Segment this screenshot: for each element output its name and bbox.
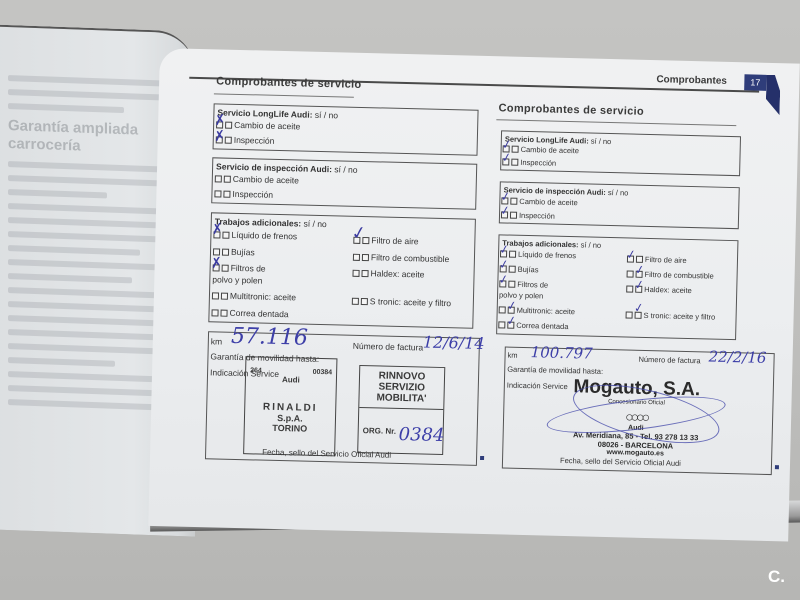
checkbox[interactable] xyxy=(627,270,634,277)
checkbox[interactable] xyxy=(223,190,230,197)
checkbox-label: Inspección xyxy=(519,211,555,221)
checkbox-label: Cambio de aceite xyxy=(519,197,578,207)
checkbox-label: Filtro de combustible xyxy=(371,252,450,264)
checkbox[interactable] xyxy=(352,269,359,276)
checkbox-row[interactable]: Líquido de frenos xyxy=(500,249,576,260)
handwritten-check-icon: ✓ xyxy=(506,298,518,313)
yes-no: sí / no xyxy=(581,240,602,249)
checkbox[interactable] xyxy=(220,309,227,316)
stamp-num: 264 xyxy=(250,367,262,374)
checkbox-label: Multitronic: aceite xyxy=(230,291,296,303)
checkbox-label: Filtros de xyxy=(517,280,548,290)
left-form-title: Comprobantes de servicio xyxy=(216,75,362,91)
checkbox[interactable] xyxy=(353,253,360,260)
right-form-title: Comprobantes de servicio xyxy=(498,102,644,118)
yes-no: sí / no xyxy=(591,137,612,146)
handwritten-check-icon: ✓ xyxy=(499,203,511,218)
km-label: km xyxy=(211,336,223,346)
checkbox-label: Filtros de xyxy=(231,263,266,274)
checkbox[interactable] xyxy=(361,269,368,276)
checkbox-row[interactable]: Correa dentada xyxy=(211,307,288,319)
invoice-handwritten: 12/6/14 xyxy=(423,333,485,354)
title-underline xyxy=(214,93,354,97)
invoice-handwritten: 22/2/16 xyxy=(708,347,766,366)
handwritten-check-icon: ✓ xyxy=(633,277,645,292)
checkbox[interactable] xyxy=(211,309,218,316)
checkbox[interactable] xyxy=(214,190,221,197)
yes-no: sí / no xyxy=(334,164,357,175)
checkbox-label: Líquido de frenos xyxy=(231,230,297,242)
checkbox-label: Inspección xyxy=(234,135,275,146)
box-title: Trabajos adicionales: xyxy=(215,216,302,228)
checkbox-label: Cambio de aceite xyxy=(233,174,299,186)
checkbox-label: Multitronic: aceite xyxy=(517,306,576,316)
handwritten-check-icon: ✓ xyxy=(625,247,637,262)
checkbox-row[interactable]: Cambio de aceite xyxy=(215,173,299,185)
marker-square xyxy=(480,456,484,460)
handwritten-check-icon: ✓ xyxy=(505,313,517,328)
handwritten-check-icon: ✓ xyxy=(498,242,510,257)
title-underline xyxy=(496,119,736,126)
page-tab-edge xyxy=(766,75,781,115)
checkbox-label: S tronic: aceite y filtro xyxy=(644,311,716,322)
yes-no: sí / no xyxy=(303,219,326,230)
checkbox-label: Haldex: aceite xyxy=(644,285,692,295)
page-number: 17 xyxy=(744,74,766,91)
handwritten-check-icon: ✓ xyxy=(500,150,512,165)
km-label: km xyxy=(507,351,517,360)
handwritten-check-icon: ✗ xyxy=(213,128,227,146)
handwritten-check-icon: ✓ xyxy=(350,222,368,245)
checkbox-row[interactable]: Cambio de aceite xyxy=(503,144,580,155)
box-title: Servicio de inspección Audi: xyxy=(216,161,332,174)
checkbox[interactable] xyxy=(361,297,368,304)
checkbox-label: Filtro de combustible xyxy=(645,270,714,281)
km-handwritten: 100.797 xyxy=(530,343,592,363)
checkbox-label-cont: polvo y polen xyxy=(212,274,262,285)
checkbox-label: Correa dentada xyxy=(229,308,288,319)
checkbox-label: Bujías xyxy=(231,247,255,258)
stamp-city: TORINO xyxy=(245,422,335,434)
checkbox-label: Bujías xyxy=(518,265,539,275)
box-title: Trabajos adicionales: xyxy=(502,238,578,249)
box-title: Servicio de inspección Audi: xyxy=(504,185,606,196)
checkbox-label: Inspección xyxy=(520,158,556,168)
yes-no: sí / no xyxy=(315,110,338,121)
km-handwritten: 57.116 xyxy=(231,324,309,351)
checkbox[interactable] xyxy=(626,311,633,318)
checkbox[interactable] xyxy=(215,175,222,182)
handwritten-check-icon: ✗ xyxy=(213,112,227,130)
checkbox[interactable] xyxy=(212,292,219,299)
checkbox-label: Filtro de aire xyxy=(645,255,687,265)
checkbox[interactable] xyxy=(498,321,505,328)
checkbox[interactable] xyxy=(224,175,231,182)
checkbox-label: Filtro de aire xyxy=(371,235,418,246)
checkbox-label: S tronic: aceite y filtro xyxy=(370,296,451,308)
checkbox[interactable] xyxy=(626,285,633,292)
yes-no: sí / no xyxy=(608,188,629,197)
watermark-logo: C. xyxy=(768,567,785,587)
checkbox-label: Inspección xyxy=(232,189,273,200)
stamp-line: MOBILITA' xyxy=(359,392,443,405)
checkbox-row[interactable]: Cambio de aceite xyxy=(501,196,578,207)
handwritten-check-icon: ✗ xyxy=(210,221,224,239)
handwritten-check-icon: ✓ xyxy=(499,189,511,204)
marker-square xyxy=(775,465,779,469)
rinaldi-stamp: 26400384 Audi RINALDI S.p.A. TORINO xyxy=(243,356,337,456)
section-label: Comprobantes xyxy=(656,74,727,87)
org-handwritten: 0384 xyxy=(398,424,444,446)
invoice-label: Número de factura xyxy=(638,355,700,366)
handwritten-check-icon: ✗ xyxy=(210,255,224,273)
checkbox-label: Cambio de aceite xyxy=(521,145,580,155)
checkbox-label: Líquido de frenos xyxy=(518,250,576,260)
right-page: Comprobantes 17 Comprobantes de servicio… xyxy=(148,48,799,541)
handwritten-check-icon: ✓ xyxy=(634,262,646,277)
checkbox-row[interactable]: Líquido de frenos xyxy=(213,229,297,241)
box-title: Servicio LongLife Audi: xyxy=(217,107,312,119)
checkbox[interactable] xyxy=(221,292,228,299)
checkbox[interactable] xyxy=(499,306,506,313)
handwritten-check-icon: ✓ xyxy=(497,272,509,287)
checkbox-row[interactable]: Multitronic: aceite xyxy=(212,290,296,302)
checkbox-row[interactable]: Haldex: aceite xyxy=(352,268,424,280)
left-page-faded-text: Garantía ampliada carrocería xyxy=(8,67,173,419)
stamp-code: 00384 xyxy=(313,369,333,376)
checkbox[interactable] xyxy=(352,297,359,304)
handwritten-check-icon: ✓ xyxy=(633,300,645,315)
handwritten-check-icon: ✓ xyxy=(498,257,510,272)
checkbox-label: Correa dentada xyxy=(516,321,568,331)
checkbox-label: polvo y polen xyxy=(212,274,262,285)
checkbox[interactable] xyxy=(362,253,369,260)
checkbox-row[interactable]: Inspección xyxy=(214,188,273,199)
invoice-label: Número de factura xyxy=(353,341,424,353)
checkbox-row[interactable]: Cambio de aceite xyxy=(216,119,300,131)
faded-heading: Garantía ampliada carrocería xyxy=(8,117,173,159)
checkbox-label: Cambio de aceite xyxy=(234,120,300,132)
checkbox[interactable] xyxy=(222,248,229,255)
checkbox-label: Haldex: aceite xyxy=(370,268,424,279)
